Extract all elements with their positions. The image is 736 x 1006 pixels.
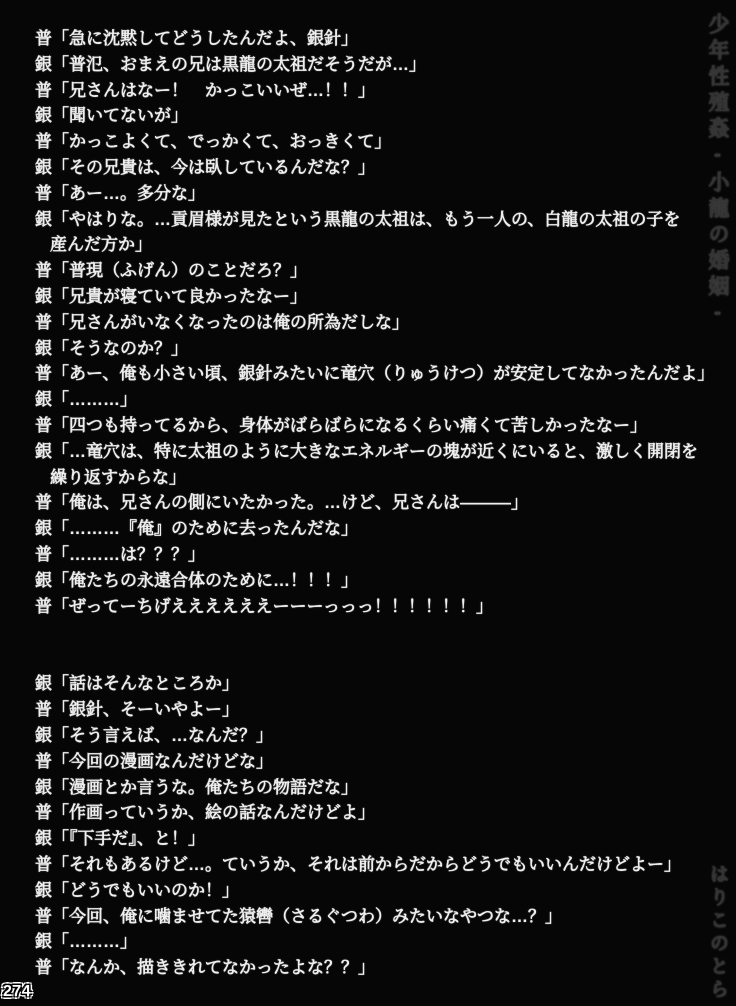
dialogue-text: 「そう言えば、…なんだ？」 [52, 726, 273, 745]
speaker-label: 普 [35, 803, 52, 822]
dialogue-text: 「そうなのか？」 [52, 339, 188, 358]
speaker-label: 銀 [35, 829, 52, 848]
dialogue-line: 普「………は？？？」 [35, 542, 706, 568]
dialogue-line: 普「四つも持ってるから、身体がばらばらになるくらい痛くて苦しかったなー」 [35, 413, 706, 439]
speaker-label: 普 [35, 416, 52, 435]
dialogue-section-1: 普「急に沈黙してどうしたんだよ、銀針」銀「普氾、おまえの兄は黒龍の太祖だそうだが… [35, 26, 706, 619]
dialogue-line: 銀「………」 [35, 387, 706, 413]
dialogue-text: 「聞いてないが」 [52, 106, 188, 125]
dialogue-text: 「………『俺』のために去ったんだな」 [52, 519, 358, 538]
dialogue-text: 産んだ方か」 [50, 235, 152, 254]
dialogue-text: 「…竜穴は、特に太祖のように大きなエネルギーの塊が近くにいると、激しく開閉を [52, 442, 698, 461]
dialogue-line: 普「あー…。多分な」 [35, 181, 706, 207]
speaker-label: 普 [35, 545, 52, 564]
speaker-label: 普 [35, 81, 52, 100]
dialogue-line: 銀「………『俺』のために去ったんだな」 [35, 516, 706, 542]
dialogue-text: 「漫画とか言うな。俺たちの物語だな」 [52, 778, 358, 797]
dialogue-line: 普「急に沈黙してどうしたんだよ、銀針」 [35, 26, 706, 52]
dialogue-text: 「やはりな。…貢眉様が見たという黒龍の太祖は、もう一人の、白龍の太祖の子を [52, 210, 680, 229]
dialogue-line: 銀「兄貴が寝ていて良かったなー」 [35, 284, 706, 310]
side-title-vertical: 少年性殖姦-小龍の婚姻- [702, 13, 732, 329]
speaker-label: 銀 [35, 55, 52, 74]
side-credit-vertical: はりこのとら [704, 864, 731, 1002]
dialogue-text: 「なんか、描ききれてなかったよな？？」 [52, 958, 375, 977]
dialogue-line: 普「今回、俺に噛ませてた猿轡（さるぐつわ）みたいなやつな…？」 [35, 904, 706, 930]
speaker-label: 銀 [35, 881, 52, 900]
dialogue-line: 銀「その兄貴は、今は臥しているんだな？」 [35, 155, 706, 181]
speaker-label: 普 [35, 597, 52, 616]
dialogue-line: 銀「話はそんなところか」 [35, 671, 706, 697]
speaker-label: 普 [35, 29, 52, 48]
dialogue-text: 「兄さんがいなくなったのは俺の所為だしな」 [52, 313, 409, 332]
speaker-label: 普 [35, 907, 52, 926]
speaker-label: 普 [35, 958, 52, 977]
dialogue-line: 銀「普氾、おまえの兄は黒龍の太祖だそうだが…」 [35, 52, 706, 78]
page-number: 274 [3, 983, 31, 1001]
dialogue-line: 銀「漫画とか言うな。俺たちの物語だな」 [35, 775, 706, 801]
speaker-label: 普 [35, 364, 52, 383]
speaker-label: 銀 [35, 106, 52, 125]
dialogue-text: 「兄貴が寝ていて良かったなー」 [52, 287, 307, 306]
speaker-label: 銀 [35, 390, 52, 409]
speaker-label: 普 [35, 313, 52, 332]
dialogue-line: 普「あー、俺も小さい頃、銀針みたいに竜穴（りゅうけつ）が安定してなかったんだよ」 [35, 361, 706, 387]
dialogue-text: 「それもあるけど…。ていうか、それは前からだからどうでもいいんだけどよー」 [52, 855, 681, 874]
speaker-label: 銀 [35, 932, 52, 951]
dialogue-line: 普「今回の漫画なんだけどな」 [35, 749, 706, 775]
speaker-label: 銀 [35, 210, 52, 229]
dialogue-line: 銀「そう言えば、…なんだ？」 [35, 723, 706, 749]
speaker-label: 銀 [35, 778, 52, 797]
doujin-script-page: 少年性殖姦-小龍の婚姻- 普「急に沈黙してどうしたんだよ、銀針」銀「普氾、おまえ… [0, 0, 736, 1006]
speaker-label: 銀 [35, 726, 52, 745]
dialogue-line: 普「俺は、兄さんの側にいたかった。…けど、兄さんは―――」 [35, 490, 706, 516]
dialogue-text: 「急に沈黙してどうしたんだよ、銀針」 [52, 29, 358, 48]
dialogue-text: 「俺たちの永遠合体のために…！！！」 [52, 571, 358, 590]
speaker-label: 銀 [35, 339, 52, 358]
dialogue-line: 銀「………」 [35, 929, 706, 955]
speaker-label: 普 [35, 493, 52, 512]
dialogue-text: 「あー、俺も小さい頃、銀針みたいに竜穴（りゅうけつ）が安定してなかったんだよ」 [52, 364, 714, 383]
dialogue-text: 「普氾、おまえの兄は黒龍の太祖だそうだが…」 [52, 55, 426, 74]
dialogue-text: 「今回の漫画なんだけどな」 [52, 752, 273, 771]
dialogue-text: 「………は？？？」 [52, 545, 205, 564]
dialogue-text: 「四つも持ってるから、身体がばらばらになるくらい痛くて苦しかったなー」 [52, 416, 647, 435]
dialogue-line: 普「かっこよくて、でっかくて、おっきくて」 [35, 129, 706, 155]
speaker-label: 普 [35, 132, 52, 151]
speaker-label: 銀 [35, 674, 52, 693]
dialogue-line: 普「なんか、描ききれてなかったよな？？」 [35, 955, 706, 981]
dialogue-line: 普「兄さんはなー！ かっこいいぜ…！！」 [35, 78, 706, 104]
dialogue-text: 繰り返すからな」 [50, 468, 186, 487]
dialogue-text: 「普現（ふげん）のことだろ？」 [52, 261, 307, 280]
speaker-label: 普 [35, 184, 52, 203]
dialogue-text: 「………」 [52, 932, 137, 951]
speaker-label: 銀 [35, 158, 52, 177]
dialogue-line-continuation: 産んだ方か」 [35, 232, 706, 258]
dialogue-text: 「かっこよくて、でっかくて、おっきくて」 [52, 132, 391, 151]
dialogue-text: 「銀針、そーいやよー」 [52, 700, 239, 719]
dialogue-text: 「『下手だ』、と！」 [52, 829, 205, 848]
dialogue-text: 「あー…。多分な」 [52, 184, 205, 203]
dialogue-line: 銀「…竜穴は、特に太祖のように大きなエネルギーの塊が近くにいると、激しく開閉を [35, 439, 706, 465]
dialogue-line: 銀「そうなのか？」 [35, 336, 706, 362]
dialogue-text: 「………」 [52, 390, 137, 409]
dialogue-line: 普「兄さんがいなくなったのは俺の所為だしな」 [35, 310, 706, 336]
dialogue-text: 「俺は、兄さんの側にいたかった。…けど、兄さんは―――」 [52, 493, 528, 512]
dialogue-text: 「作画っていうか、絵の話なんだけどよ」 [52, 803, 375, 822]
dialogue-line: 普「作画っていうか、絵の話なんだけどよ」 [35, 800, 706, 826]
dialogue-line: 普「普現（ふげん）のことだろ？」 [35, 258, 706, 284]
dialogue-line: 銀「俺たちの永遠合体のために…！！！」 [35, 568, 706, 594]
speaker-label: 銀 [35, 287, 52, 306]
speaker-label: 銀 [35, 442, 52, 461]
dialogue-text: 「話はそんなところか」 [52, 674, 239, 693]
dialogue-line: 銀「『下手だ』、と！」 [35, 826, 706, 852]
speaker-label: 普 [35, 855, 52, 874]
dialogue-line: 普「ぜってーちげええええええーーーっっっ！！！！！！」 [35, 594, 706, 620]
dialogue-line: 銀「聞いてないが」 [35, 103, 706, 129]
dialogue-text: 「その兄貴は、今は臥しているんだな？」 [52, 158, 375, 177]
dialogue-text: 「ぜってーちげええええええーーーっっっ！！！！！！」 [52, 597, 493, 616]
script-text-area: 普「急に沈黙してどうしたんだよ、銀針」銀「普氾、おまえの兄は黒龍の太祖だそうだが… [35, 26, 706, 981]
dialogue-line: 普「銀針、そーいやよー」 [35, 697, 706, 723]
dialogue-line-continuation: 繰り返すからな」 [35, 465, 706, 491]
speaker-label: 銀 [35, 571, 52, 590]
speaker-label: 銀 [35, 519, 52, 538]
dialogue-line: 銀「どうでもいいのか！」 [35, 878, 706, 904]
dialogue-line: 普「それもあるけど…。ていうか、それは前からだからどうでもいいんだけどよー」 [35, 852, 706, 878]
dialogue-section-2: 銀「話はそんなところか」普「銀針、そーいやよー」銀「そう言えば、…なんだ？」普「… [35, 671, 706, 981]
dialogue-text: 「兄さんはなー！ かっこいいぜ…！！」 [52, 81, 375, 100]
speaker-label: 普 [35, 752, 52, 771]
speaker-label: 普 [35, 261, 52, 280]
dialogue-text: 「今回、俺に噛ませてた猿轡（さるぐつわ）みたいなやつな…？」 [52, 907, 562, 926]
dialogue-line: 銀「やはりな。…貢眉様が見たという黒龍の太祖は、もう一人の、白龍の太祖の子を [35, 207, 706, 233]
speaker-label: 普 [35, 700, 52, 719]
dialogue-text: 「どうでもいいのか！」 [52, 881, 239, 900]
